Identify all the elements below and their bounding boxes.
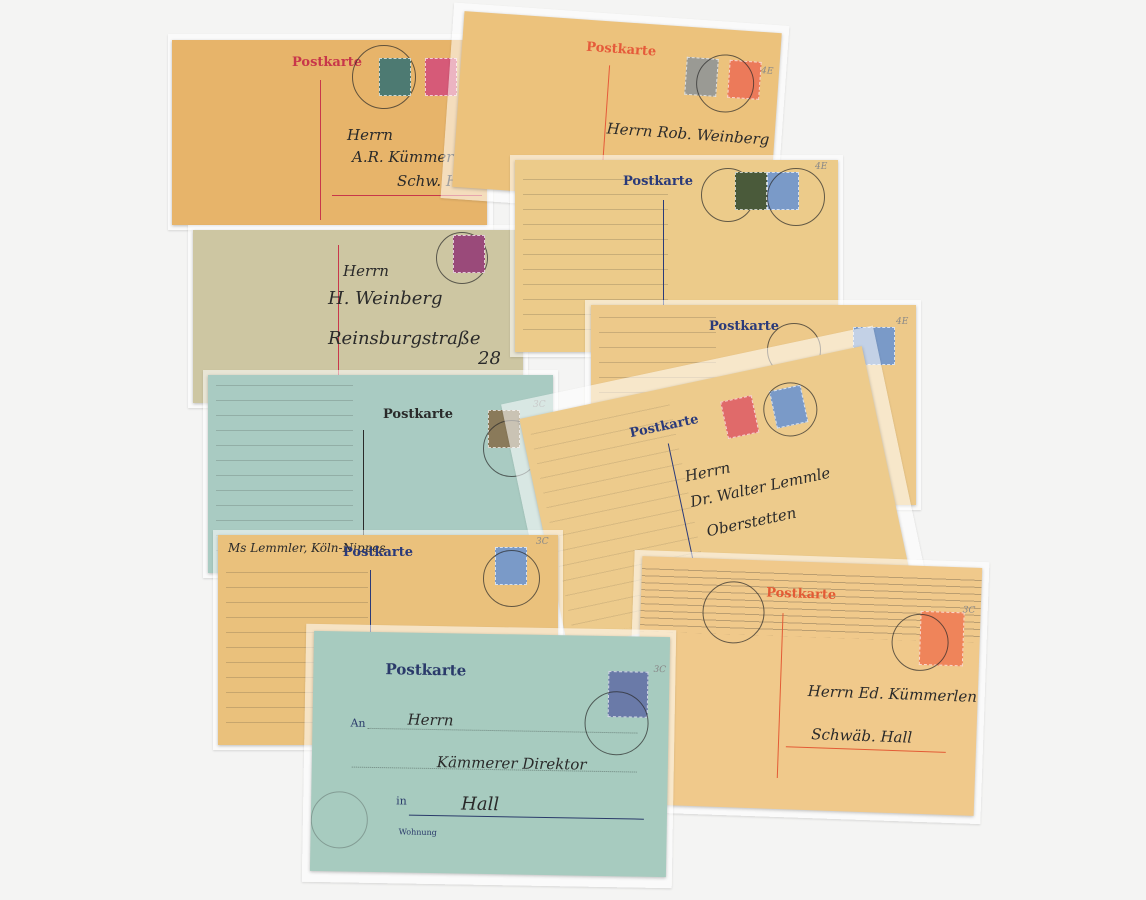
card-title: Postkarte xyxy=(383,407,453,422)
card-title: Postkarte xyxy=(586,40,657,60)
card-title: Postkarte xyxy=(343,545,413,560)
card-title: Postkarte xyxy=(292,55,362,70)
underline xyxy=(409,815,644,820)
catalog-note: 3C xyxy=(963,605,976,615)
underline xyxy=(786,746,946,753)
postmark xyxy=(758,377,822,441)
postmark xyxy=(483,550,540,607)
address-line: Schwäb. Hall xyxy=(811,725,912,747)
address-line: Herrn xyxy=(683,458,732,485)
address-line: 28 xyxy=(478,348,501,369)
address-line: Herrn xyxy=(343,262,389,280)
stamp xyxy=(720,395,759,439)
divider xyxy=(320,80,321,220)
postmark xyxy=(310,791,368,849)
field-label: in xyxy=(396,794,407,807)
postmark xyxy=(767,168,825,226)
postmark xyxy=(584,691,649,756)
address-line: Herrn Rob. Weinberg xyxy=(606,119,770,148)
catalog-note: 3C xyxy=(653,665,666,675)
address-line: Hall xyxy=(461,794,499,816)
address-line: Herrn Ed. Kümmerlen xyxy=(808,682,978,706)
field-label: An xyxy=(350,717,365,730)
stamp xyxy=(735,172,767,210)
catalog-note: 4E xyxy=(815,162,827,172)
address-line: Oberstetten xyxy=(705,504,798,541)
address-line: Herrn xyxy=(407,711,453,730)
catalog-note: 4E xyxy=(761,66,774,77)
divider xyxy=(777,613,784,778)
card-title: Postkarte xyxy=(709,319,779,334)
field-label: Wohnung xyxy=(399,827,437,837)
address-line: Herrn xyxy=(347,126,393,144)
address-line: H. Weinberg xyxy=(328,288,442,309)
card-title: Postkarte xyxy=(385,660,466,679)
stamp xyxy=(379,58,411,96)
card-title: Postkarte xyxy=(623,174,693,189)
catalog-note: 3C xyxy=(536,537,549,547)
address-line: Reinsburgstraße xyxy=(328,328,481,349)
stamp xyxy=(453,235,485,273)
catalog-note: 4E xyxy=(896,317,908,327)
address-line: Kämmerer Direktor xyxy=(437,753,587,774)
postcard: Postkarte Herrn Ed. Kümmerlen Schwäb. Ha… xyxy=(634,556,982,816)
card-title: Postkarte xyxy=(766,585,836,602)
postcard: Postkarte An in Wohnung Herrn Kämmerer D… xyxy=(310,631,670,877)
